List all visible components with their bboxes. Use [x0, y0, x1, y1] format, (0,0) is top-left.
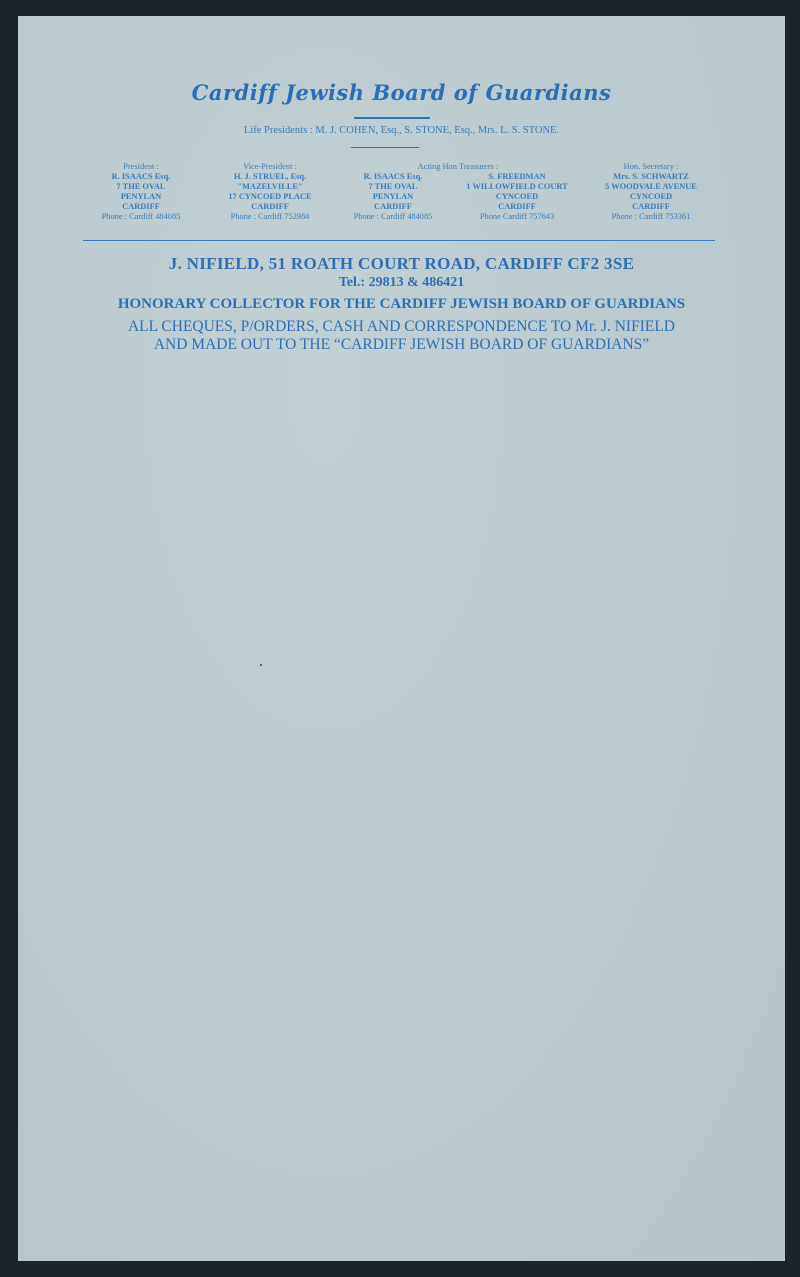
president-label: President :	[123, 162, 159, 171]
secretary-phone: Phone : Cardiff 753361	[612, 212, 691, 221]
vice-president-label: Vice-President :	[243, 162, 297, 171]
vice-president-name: H. J. STRUEL, Esq.	[210, 172, 330, 182]
secretary-address-line: 5 WOODVALE AVENUE	[586, 182, 716, 192]
vice-president-phone: Phone : Cardiff 752984	[231, 212, 310, 221]
officer-vice-president: Vice-President : H. J. STRUEL, Esq. "MAZ…	[210, 162, 330, 222]
president-address-line: 7 THE OVAL	[86, 182, 196, 192]
paper-speck	[260, 664, 262, 666]
secretary-label: Hon. Secretary :	[624, 162, 679, 171]
header-divider	[83, 240, 715, 241]
officer-secretary: Hon. Secretary : Mrs. S. SCHWARTZ 5 WOOD…	[586, 162, 716, 222]
president-phone: Phone : Cardiff 484085	[102, 212, 181, 221]
organization-title: Cardiff Jewish Board of Guardians	[18, 80, 785, 105]
president-name: R. ISAACS Esq.	[86, 172, 196, 182]
treasurer-1-address-line: PENYLAN	[343, 192, 443, 202]
treasurer-1-name: R. ISAACS Esq.	[343, 172, 443, 182]
treasurer-2-name: S. FREEDMAN	[452, 172, 582, 182]
officer-president: President : R. ISAACS Esq. 7 THE OVAL PE…	[86, 162, 196, 222]
collector-role: HONORARY COLLECTOR FOR THE CARDIFF JEWIS…	[18, 296, 785, 313]
officer-treasurer-1: R. ISAACS Esq. 7 THE OVAL PENYLAN CARDIF…	[343, 172, 443, 222]
vice-president-address-line: "MAZELVILLE"	[210, 182, 330, 192]
secretary-address-line: CARDIFF	[586, 202, 716, 212]
treasurer-2-address-line: CARDIFF	[452, 202, 582, 212]
secretary-name: Mrs. S. SCHWARTZ	[586, 172, 716, 182]
secretary-address-line: CYNCOED	[586, 192, 716, 202]
title-underline	[354, 117, 430, 119]
treasurers-label-text: Acting Hon Treasurers :	[418, 162, 499, 171]
vice-president-address-line: 17 CYNCOED PLACE	[210, 192, 330, 202]
treasurer-2-address-line: 1 WILLOWFIELD COURT	[452, 182, 582, 192]
treasurer-1-phone: Phone : Cardiff 484085	[354, 212, 433, 221]
collector-address: J. NIFIELD, 51 ROATH COURT ROAD, CARDIFF…	[18, 254, 785, 274]
vice-president-address-line: CARDIFF	[210, 202, 330, 212]
president-address-line: CARDIFF	[86, 202, 196, 212]
president-address-line: PENYLAN	[86, 192, 196, 202]
life-presidents-underline	[351, 147, 419, 148]
officer-treasurer-2: S. FREEDMAN 1 WILLOWFIELD COURT CYNCOED …	[452, 172, 582, 222]
treasurer-1-address-line: 7 THE OVAL	[343, 182, 443, 192]
collector-telephone: Tel.: 29813 & 486421	[18, 275, 785, 291]
treasurer-2-address-line: CYNCOED	[452, 192, 582, 202]
treasurer-1-address-line: CARDIFF	[343, 202, 443, 212]
treasurers-label: Acting Hon Treasurers :	[348, 162, 568, 172]
payment-instruction-2: AND MADE OUT TO THE “CARDIFF JEWISH BOAR…	[18, 336, 785, 354]
life-presidents: Life Presidents : M. J. COHEN, Esq., S. …	[18, 125, 785, 136]
letterhead-page: Cardiff Jewish Board of Guardians Life P…	[18, 16, 785, 1261]
payment-instruction-1: ALL CHEQUES, P/ORDERS, CASH AND CORRESPO…	[18, 318, 785, 336]
treasurer-2-phone: Phone Cardiff 757643	[480, 212, 554, 221]
